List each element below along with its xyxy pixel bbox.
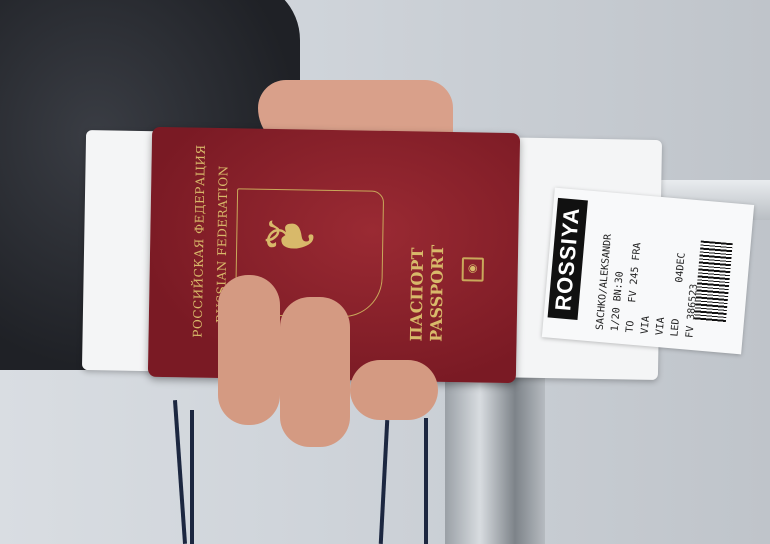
lanyard-string <box>424 418 428 544</box>
lanyard-string <box>173 400 187 544</box>
ring-finger <box>350 360 438 420</box>
airline-logo: ROSSIYA <box>548 198 588 320</box>
middle-finger <box>280 297 350 447</box>
index-finger <box>218 275 280 425</box>
fingers <box>218 275 443 450</box>
lanyard-string <box>190 410 194 544</box>
metal-pole <box>445 360 545 544</box>
baggage-tag-text: SACHKO/ALEKSANDR 1/20 BN:30 TO FV 245 FR… <box>593 233 706 338</box>
biometric-chip-icon: ◉ <box>462 257 484 281</box>
double-headed-eagle-icon: ❧ <box>260 201 320 272</box>
country-ru: РОССИЙСКАЯ ФЕДЕРАЦИЯ <box>191 144 208 338</box>
baggage-tag: ROSSIYA SACHKO/ALEKSANDR 1/20 BN:30 TO F… <box>542 188 754 355</box>
barcode <box>694 240 733 322</box>
